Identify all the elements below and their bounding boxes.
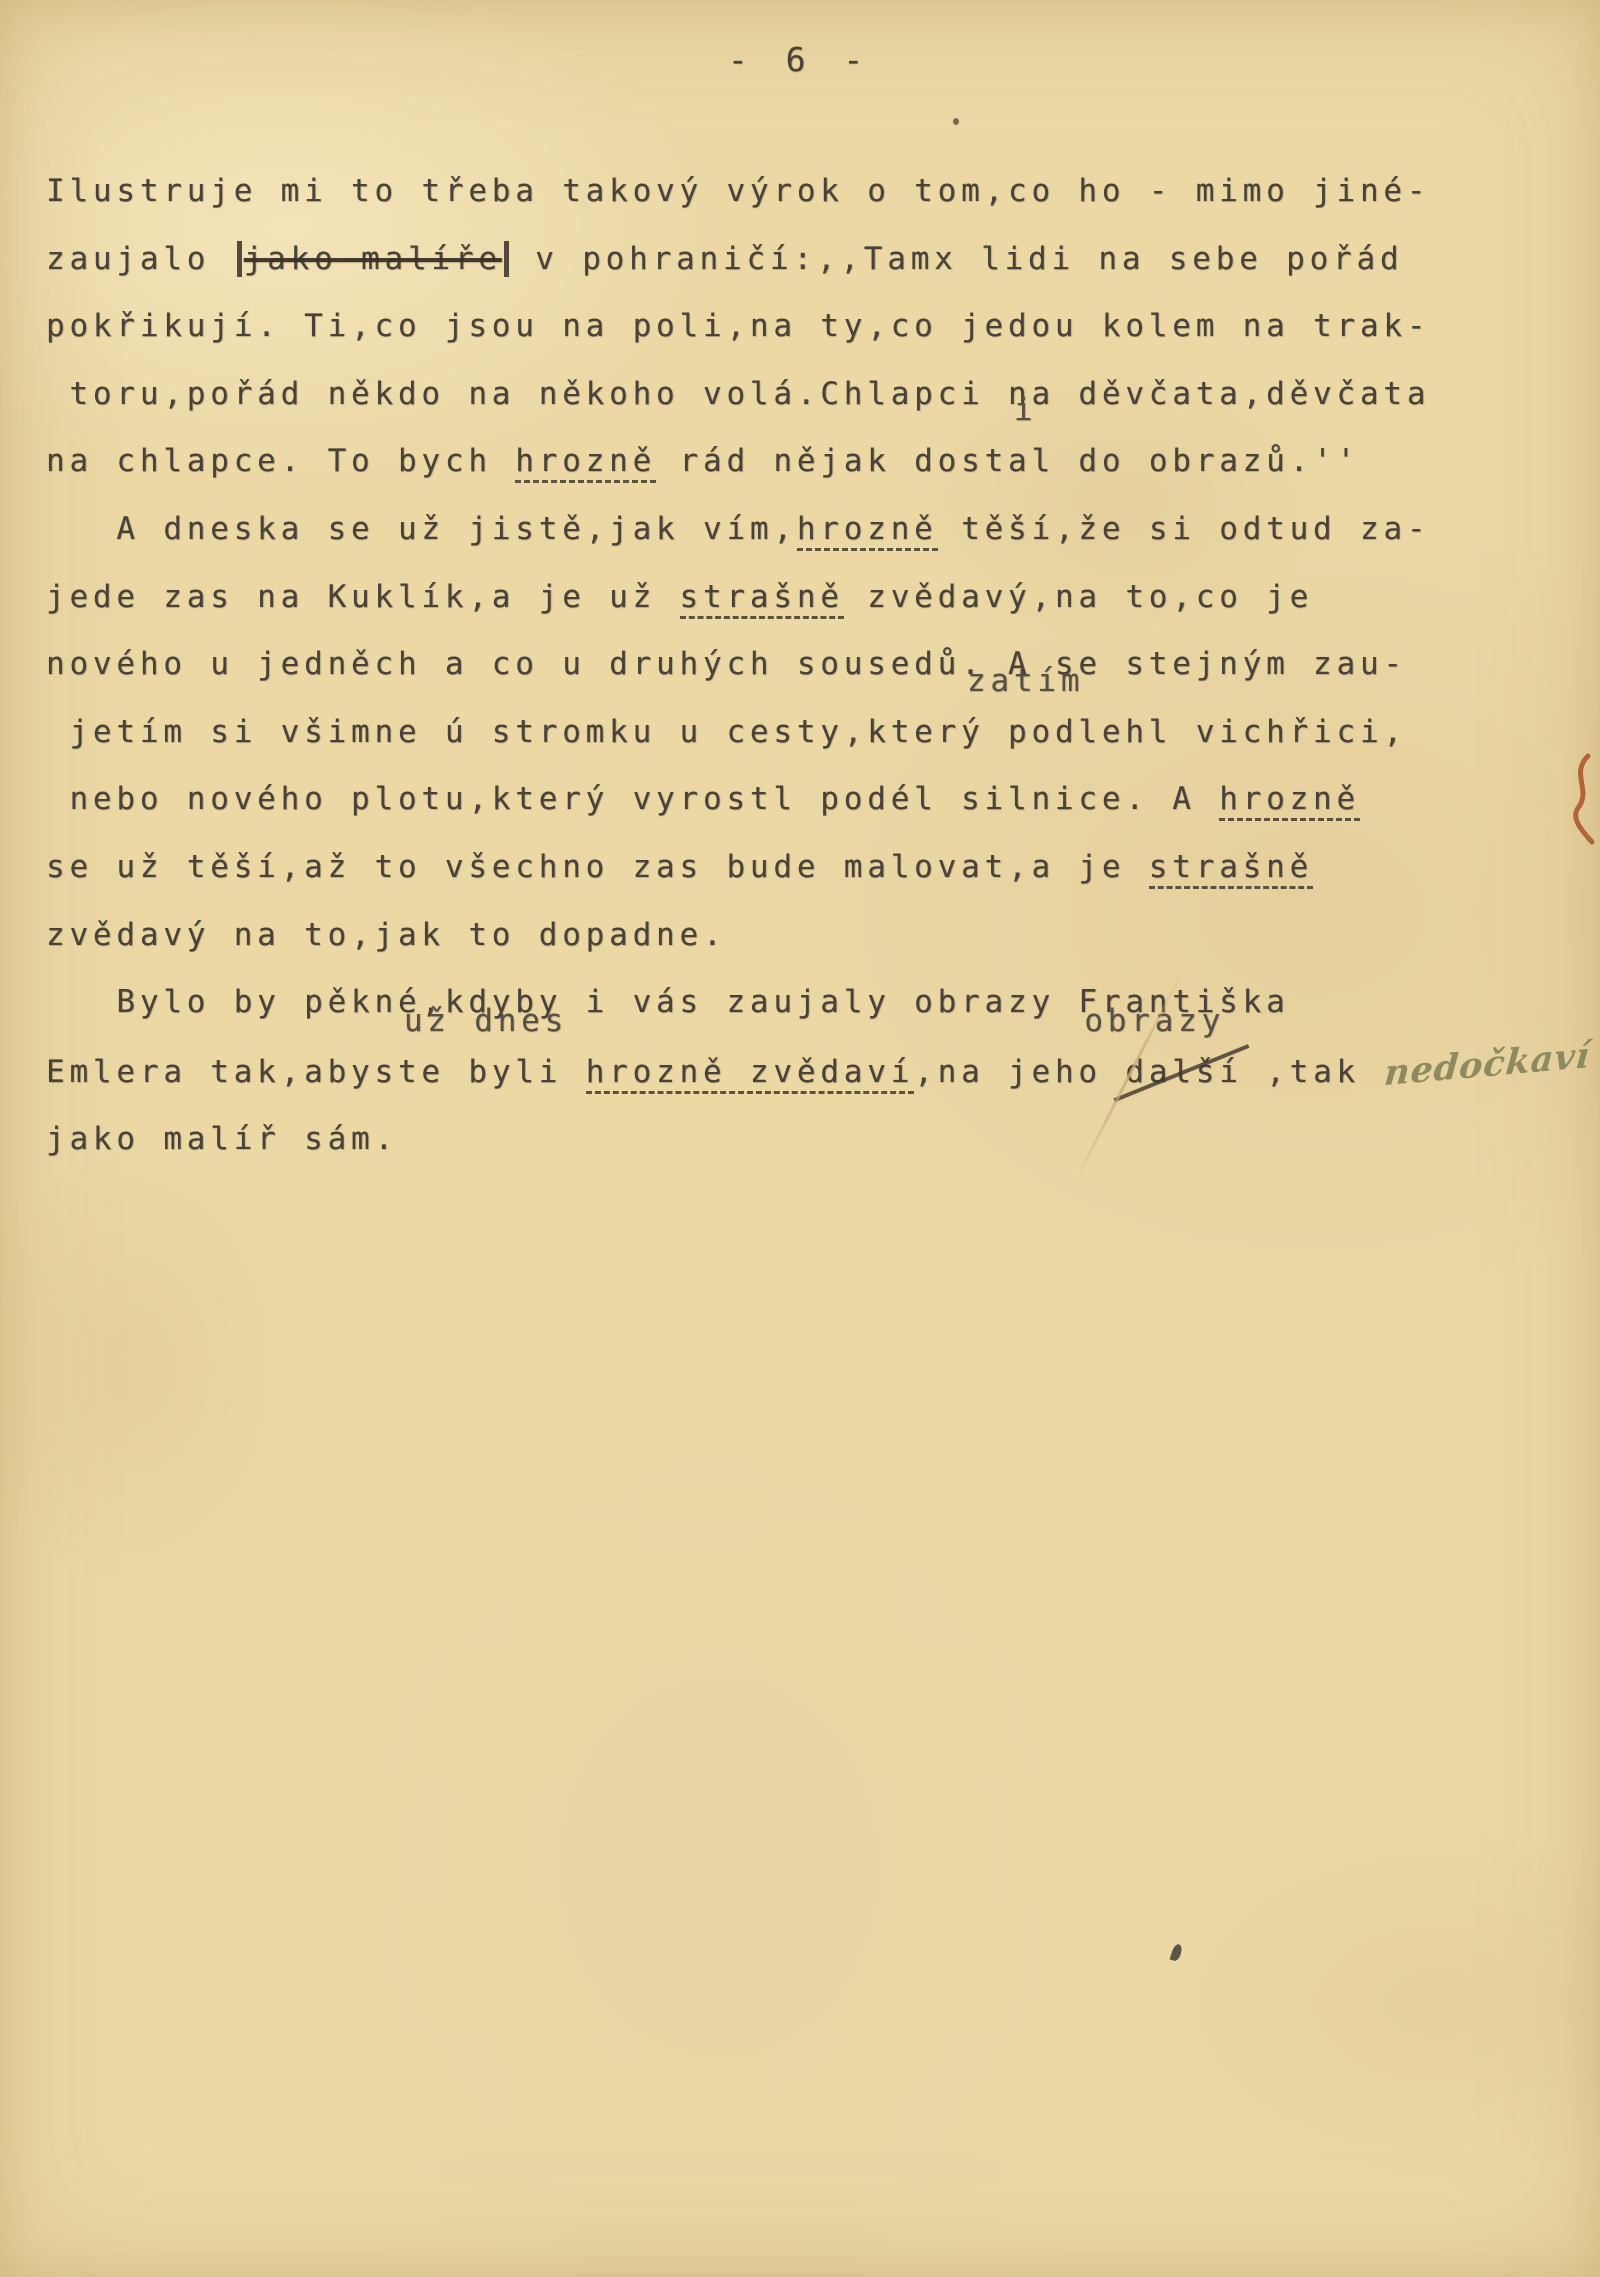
text-segment: rád nějak dostal (656, 443, 1055, 479)
text-line: Ilustruje mi to třeba takový výrok o tom… (46, 158, 1556, 226)
text-segment: hrozně zvědaví (586, 1054, 915, 1094)
text-segment: hrozně (515, 443, 656, 483)
text-segment: do obrazů.'' (1055, 443, 1360, 479)
text-segment: pokřikují. Ti,co jsou na poli,na ty,co j… (46, 308, 1430, 344)
text-segment: hrozně (797, 511, 938, 551)
text-line: zaujalo jako malíře v pohraničí:,,Tamx l… (46, 226, 1556, 294)
text-segment: těší,že si odtud za- (938, 511, 1431, 547)
text-segment: strašně (680, 579, 844, 619)
page-number: - 6 - (0, 40, 1600, 79)
text-line: se už těší,až to všechno zas bude malova… (46, 834, 1556, 902)
text-line: Emlera tak,abysteuž dnes byli hrozně zvě… (46, 1037, 1556, 1107)
text-segment: Emlera tak,abyste (46, 1054, 445, 1090)
text-segment: ,na jeho (914, 1054, 1125, 1090)
text-segment: A dneska se už jistě,jak vím, (46, 511, 797, 547)
text-line: toru,pořád někdo na někoho volá.Chlapci … (46, 361, 1556, 429)
text-line: A dneska se už jistě,jak vím,hrozně těší… (46, 496, 1556, 564)
typed-text: Ilustruje mi to třeba takový výrok o tom… (46, 158, 1556, 1174)
text-segment: se už těší,až to všechno zas bude malova… (46, 849, 1149, 885)
text-segment: nového u jedněch a co u druhých sousedů.… (46, 646, 1407, 682)
text-segment: ,tak (1243, 1054, 1384, 1090)
ink-dot (953, 118, 959, 125)
text-segment: jako malíře (237, 241, 509, 277)
paragraph: Bylo by pěkné,kdyby i vás zaujaly obrazy… (46, 969, 1556, 1174)
text-line: jako malíř sám. (46, 1106, 1556, 1174)
text-line: na chlapce. To bych hrozně rád nějak dos… (46, 428, 1556, 496)
text-segment: podlehl vichřici, (1008, 714, 1407, 750)
text-line: nebo nového plotu,který vyrostl podél si… (46, 766, 1556, 834)
text-segment: v pohraničí:,,Tamx lidi na sebe pořád (512, 241, 1404, 277)
text-line: nového u jedněch a co u druhých sousedů.… (46, 631, 1556, 699)
text-line: zvědavý na to,jak to dopadne. (46, 902, 1556, 970)
text-segment: jetím si všimne ú stromku u cesty,který (46, 714, 1008, 750)
text-segment: na chlapce. To bych (46, 443, 515, 479)
text-segment: toru,pořád někdo na někoho volá.Chlapci … (46, 376, 1430, 412)
text-segment: zvědavý,na to,co je (844, 579, 1313, 615)
text-segment: Ilustruje mi to třeba takový výrok o tom… (46, 173, 1430, 209)
text-segment: strašně (1149, 849, 1313, 889)
text-segment: zaujalo (46, 241, 234, 277)
text-segment: jede zas na Kuklík,a je už (46, 579, 680, 615)
text-line: jede zas na Kuklík,a je už strašně zvěda… (46, 564, 1556, 632)
text-line: Bylo by pěkné,kdyby i vás zaujaly obrazy… (46, 969, 1556, 1037)
text-line: pokřikují. Ti,co jsou na poli,na ty,co j… (46, 293, 1556, 361)
text-segment: jako malíř sám. (46, 1121, 398, 1157)
text-segment: nebo nového plotu,který vyrostl podél si… (46, 781, 1219, 817)
text-segment: byli (445, 1054, 586, 1090)
paragraph: A dneska se už jistě,jak vím,hrozně těší… (46, 496, 1556, 969)
paragraph: Ilustruje mi to třeba takový výrok o tom… (46, 158, 1556, 496)
text-segment: hrozně (1219, 781, 1360, 821)
red-pen-mark (1546, 752, 1600, 848)
text-segment: zvědavý na to,jak to dopadne. (46, 917, 726, 953)
text-line: jetím si všimne ú stromku u cesty,který … (46, 699, 1556, 767)
